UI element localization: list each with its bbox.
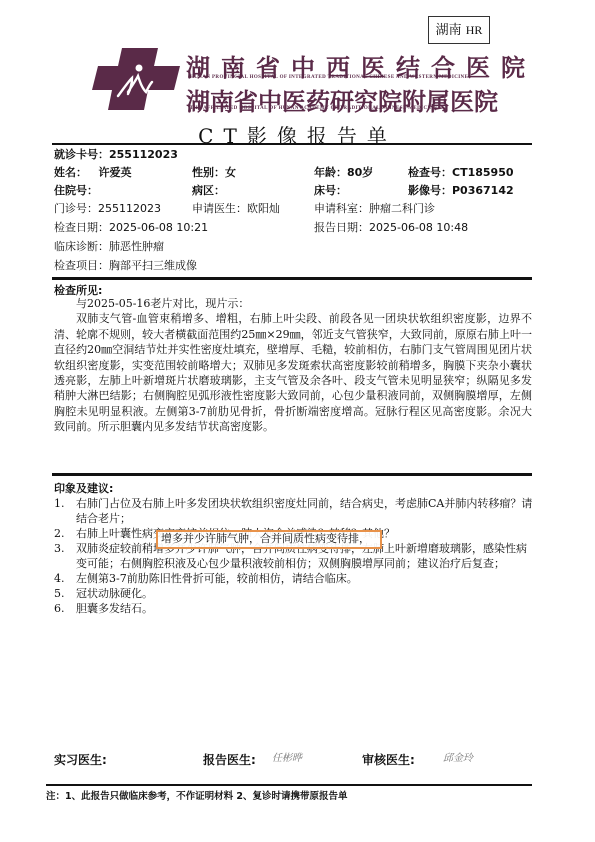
reviewing-doctor-signature: 邱金玲 [443, 749, 473, 764]
info-divider [52, 277, 532, 280]
clinical-diagnosis-field: 临床诊断：肺恶性肿瘤 [54, 238, 164, 254]
impression-item: 5. 冠状动脉硬化。 [54, 586, 534, 601]
findings-body: 双肺支气管-血管束稍增多、增粗，右肺上叶尖段、前段各见一团块状软组织密度影，边界… [54, 311, 532, 434]
hospital-name-en-primary: HUNAN PROVINCIAL HOSPITAL OF INTEGRATED … [190, 75, 468, 80]
exam-no-field: 检查号：CT185950 [408, 164, 514, 180]
exam-item-field: 检查项目：胸部平扫三维成像 [54, 257, 197, 273]
region-badge-latin: HR [466, 23, 483, 37]
hospital-name-cn-secondary: 湖南省中医药研究院附属医院 [186, 82, 498, 117]
impression-item: 6. 胆囊多发结石。 [54, 601, 534, 616]
hospital-name-en-secondary: THE AFFILIATED HOSPITAL OF HUNAN ACADEMY… [190, 106, 438, 111]
impression-heading: 印象及建议: [54, 480, 113, 496]
intern-doctor-label: 实习医生: [54, 751, 107, 768]
findings-divider [52, 473, 532, 476]
requesting-doctor-field: 申请医生：欧阳灿 [192, 200, 280, 216]
highlight-text: 增多并少许肺气肿，合并间质性病变待排， [158, 532, 380, 546]
ward-field: 病区： [192, 182, 225, 198]
reporting-doctor-label: 报告医生: [203, 751, 256, 768]
report-date-field: 报告日期：2025-06-08 10:48 [314, 219, 468, 235]
impression-item: 4. 左侧第3-7前肋陈旧性骨折可能，较前相仿，请结合临床。 [54, 571, 534, 586]
sex-field: 性别：女 [192, 164, 236, 180]
footer-note: 注：1、此报告只做临床参考，不作证明材料 2、复诊时请携带原报告单 [46, 788, 348, 802]
impression-list: 1. 右肺门占位及右肺上叶多发团块状软组织密度灶同前，结合病史，考虑肺CA并肺内… [54, 496, 534, 616]
outpatient-no-field: 门诊号：255112023 [54, 200, 161, 216]
region-badge: 湖南 HR [428, 16, 490, 44]
impression-item: 1. 右肺门占位及右肺上叶多发团块状软组织密度灶同前，结合病史，考虑肺CA并肺内… [54, 496, 534, 526]
requesting-dept-field: 申请科室：肿瘤二科门诊 [314, 200, 435, 216]
hospital-logo-icon [92, 48, 180, 110]
card-no-field: 就诊卡号：255112023 [54, 146, 178, 162]
exam-date-field: 检查日期：2025-06-08 10:21 [54, 219, 208, 235]
footer-divider [46, 784, 532, 786]
image-no-field: 影像号：P0367142 [408, 182, 514, 198]
reporting-doctor-signature: 任彬晔 [272, 749, 302, 764]
patient-name-field: 姓名： 许爱英 [54, 164, 132, 180]
highlight-annotation-box: 增多并少许肺气肿，合并间质性病变待排， [156, 530, 382, 549]
region-badge-cn: 湖南 [436, 23, 462, 38]
title-divider [52, 143, 532, 145]
reviewing-doctor-label: 审核医生: [362, 751, 415, 768]
findings-text: 与2025-05-16老片对比，现片示： 双肺支气管-血管束稍增多、增粗，右肺上… [54, 296, 532, 435]
age-field: 年龄：80岁 [314, 164, 373, 180]
findings-compare-line: 与2025-05-16老片对比，现片示： [54, 296, 532, 311]
bed-no-field: 床号： [314, 182, 347, 198]
inpatient-no-field: 住院号： [54, 182, 98, 198]
